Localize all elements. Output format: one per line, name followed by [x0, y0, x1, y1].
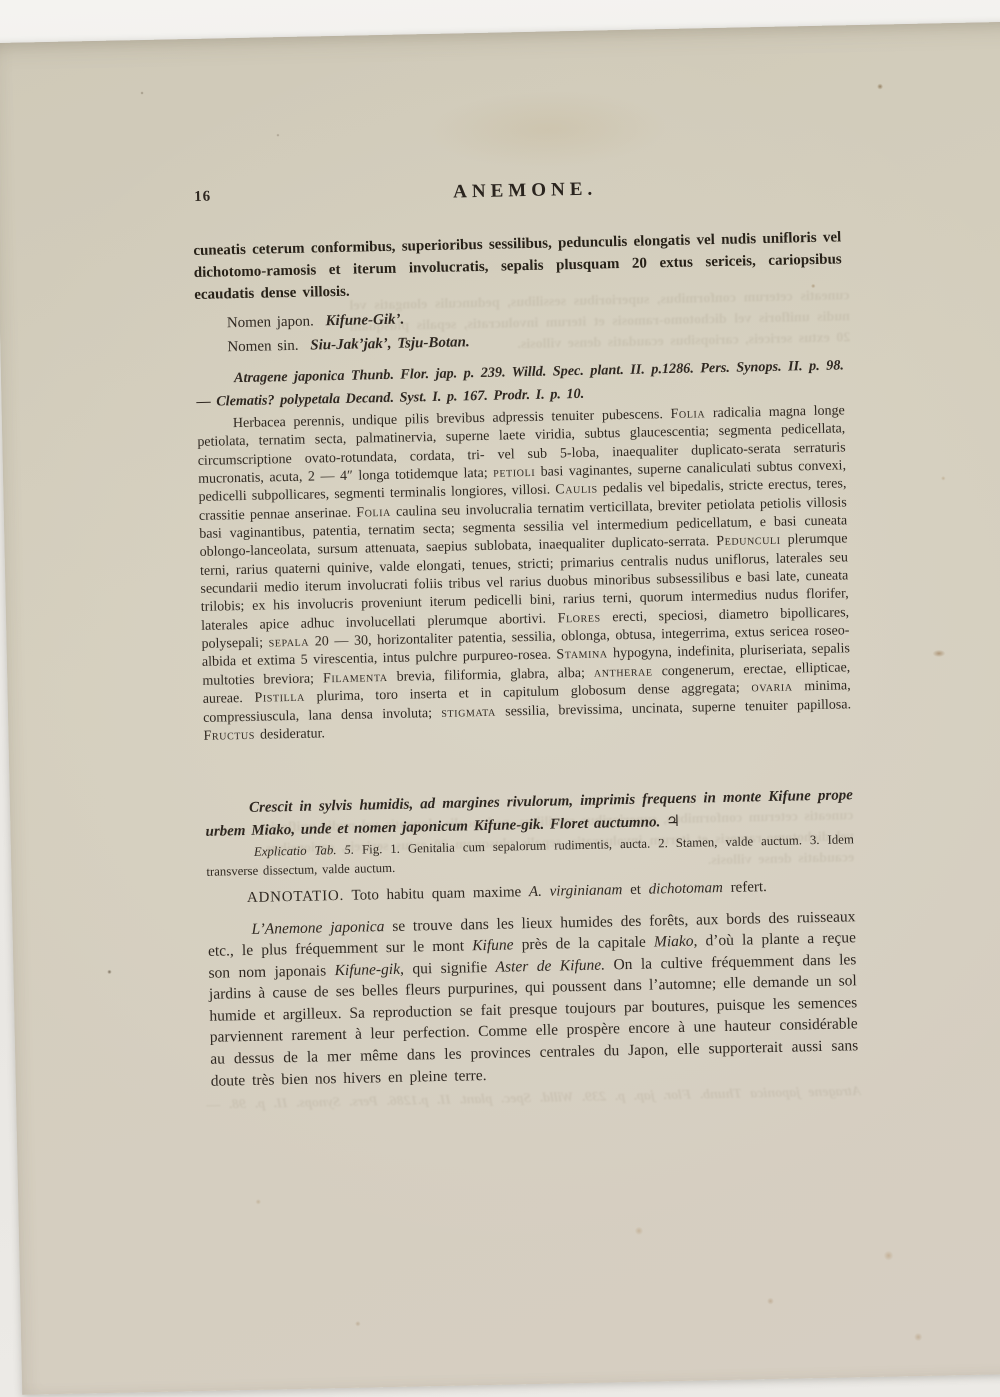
nomen-sin-label: Nomen sin. [227, 338, 298, 355]
book-page: cuneatis ceterum conformibus, superiorib… [0, 21, 1000, 1395]
running-head: 16 ANEMONE. [192, 173, 840, 213]
paragraph-french: L’Anemone japonica se trouve dans les li… [207, 906, 858, 1092]
paragraph-nomen-sin: Nomen sin. Siu-Jakʼjakʼ, Tsju-Botan. [227, 326, 875, 357]
scan-background: { "colors": { "paper": "#d3ccbc", "ink":… [0, 0, 1000, 1397]
scanner-bed: cuneatis ceterum conformibus, superiorib… [0, 0, 1000, 1397]
paragraph-description: Herbacea perennis, undique pilis brevibu… [197, 402, 852, 746]
paragraph-diagnosis: cuneatis ceterum conformibus, superiorib… [193, 226, 842, 306]
nomen-japon-label: Nomen japon. [227, 313, 314, 331]
paragraph-adnotatio: ADNOTATIO. Toto habitu quam maxime A. vi… [207, 877, 855, 908]
nomen-sin-value: Siu-Jakʼjakʼ, Tsju-Botan. [310, 334, 470, 353]
running-head-title: ANEMONE. [192, 173, 840, 209]
nomen-japon-value: Kifune-Gikʼ. [325, 312, 404, 330]
